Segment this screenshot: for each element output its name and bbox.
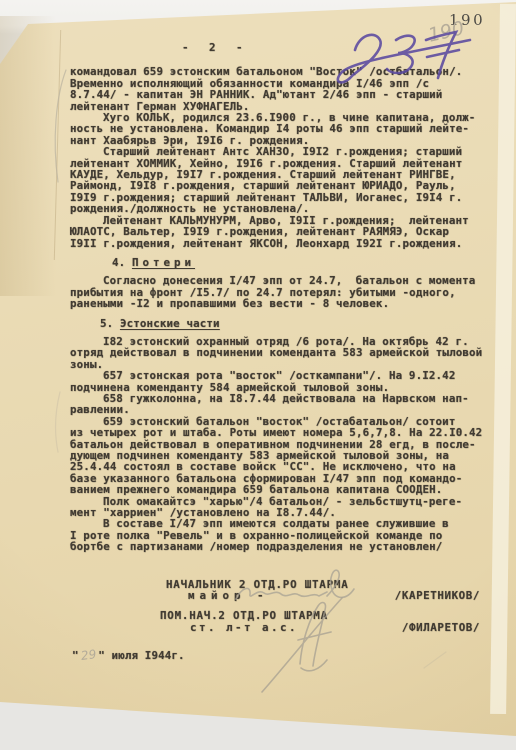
date-rest: июля I944г.	[105, 649, 185, 662]
page-number: - 2 -	[182, 42, 486, 53]
typed-line: Согласно донесения I/47 эпп от 24.7, бат…	[70, 275, 486, 286]
typed-line: ванием прежнего командира 659 батальона …	[70, 484, 486, 495]
typed-line: Старший лейтенант Антс ХАНЗО, I9I2 г.рож…	[70, 146, 486, 157]
chief-name: /КАРЕТНИКОВ/	[395, 590, 480, 601]
chief-rank: майор -	[188, 590, 269, 601]
assistant-rank: ст. л-т а.с.	[190, 622, 298, 633]
assistant-name: /ФИЛАРЕТОВ/	[402, 622, 480, 633]
body-lines: командовал 659 эстонским батальоном "Вос…	[70, 66, 486, 552]
typed-line: отряд действовал в подчинении коменданта…	[70, 347, 486, 358]
section-title: Потери	[132, 256, 195, 269]
typed-line: бортбе с партизанами /номер подразделени…	[70, 541, 486, 552]
section-title: Эстонские части	[120, 317, 220, 330]
typed-line: I9II г.рождения, лейтенант ЯКСОН, Леонха…	[70, 238, 486, 249]
section-number: 5.	[100, 317, 120, 330]
signature-block: НАЧАЛЬНИК 2 ОТД.РО ШТАРМА майор - /КАРЕТ…	[70, 579, 486, 634]
typed-line: 658 гужколонна, на I8.7.44 действовала н…	[70, 393, 486, 404]
section-number: 4.	[112, 256, 132, 269]
section-heading: 4. Потери	[112, 257, 486, 268]
page-left-shade	[0, 16, 56, 296]
typed-line: из четырех рот и штаба. Роты имеют номер…	[70, 427, 486, 438]
section-heading: 5. Эстонские части	[100, 318, 486, 329]
handwritten-day: 29	[78, 649, 99, 663]
typed-line: 8.7.44/ - капитан ЭН РАННИК. Ад"ютант 2/…	[70, 89, 486, 100]
document-text: - 2 - командовал 659 эстонским батальоно…	[70, 42, 486, 662]
typed-line: ЮЛАОТС, Вальтер, I9I9 г.рождения, лейтен…	[70, 226, 486, 237]
typed-line: 657 эстонская рота "восток" /осткампани"…	[70, 370, 486, 381]
typed-line: ранеными -I2 и пропавшими без вести - 8 …	[70, 298, 486, 309]
assistant-signature-row: ст. л-т а.с. /ФИЛАРЕТОВ/	[70, 622, 486, 633]
chief-signature-row: майор - /КАРЕТНИКОВ/	[70, 590, 486, 601]
typed-line: рождения./должность не установлена/.	[70, 203, 486, 214]
date-line: "29" июля I944г.	[72, 650, 486, 661]
date-quote-close: "	[98, 649, 105, 662]
